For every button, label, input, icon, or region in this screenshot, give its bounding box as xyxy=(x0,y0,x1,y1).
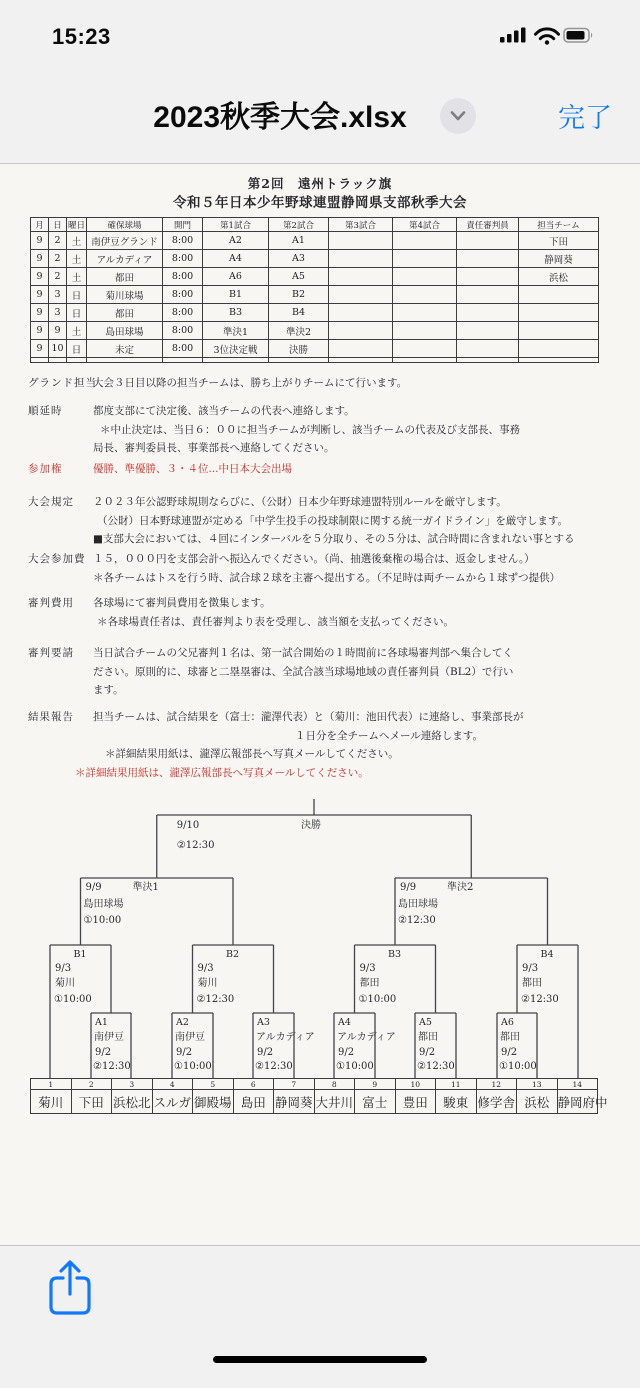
bracket-label: ①10:00 xyxy=(359,994,397,1005)
schedule-cell xyxy=(393,304,457,322)
bracket-label: 9/2 xyxy=(257,1047,273,1058)
bracket-label: ①10:00 xyxy=(54,994,92,1005)
schedule-cell xyxy=(457,286,519,304)
schedule-cell: 日 xyxy=(67,304,87,322)
schedule-cell: 9 xyxy=(31,304,49,322)
schedule-cell xyxy=(457,322,519,340)
schedule-cell xyxy=(329,232,393,250)
schedule-cell xyxy=(393,286,457,304)
note-label: 審判要請 xyxy=(28,645,74,660)
schedule-cell: 9 xyxy=(31,250,49,268)
schedule-cell: 9 xyxy=(31,322,49,340)
schedule-cell: 島田球場 xyxy=(87,322,163,340)
title-expand-button[interactable] xyxy=(440,98,476,134)
schedule-cell xyxy=(393,268,457,286)
team-cell: 豊田 xyxy=(395,1090,436,1114)
status-icons xyxy=(500,26,594,50)
schedule-cell: 9 xyxy=(31,232,49,250)
bracket-label: A1 xyxy=(94,1017,108,1028)
bracket-label: 9/3 xyxy=(522,963,538,974)
schedule-cell xyxy=(329,286,393,304)
bracket-label: A3 xyxy=(256,1017,270,1028)
schedule-cell: A2 xyxy=(203,232,269,250)
schedule-cell: A5 xyxy=(269,268,329,286)
schedule-header-cell: 責任審判員 xyxy=(457,218,519,232)
schedule-cell: 8:00 xyxy=(163,232,203,250)
bracket-label: ①10:00 xyxy=(84,915,122,926)
schedule-cell xyxy=(393,358,457,363)
schedule-row: 99土島田球場8:00準決1準決2 xyxy=(31,322,599,340)
note-label: 審判費用 xyxy=(28,595,74,610)
team-cell: 浜松 xyxy=(517,1090,558,1114)
schedule-row: 92土アルカディア8:00A4A3静岡葵 xyxy=(31,250,599,268)
tournament-title-line1: 第2回 遠州トラック旗 xyxy=(0,174,640,192)
note-label: 順延時 xyxy=(28,403,63,418)
schedule-cell: 9 xyxy=(31,340,49,358)
bracket-label: ②12:30 xyxy=(93,1061,131,1072)
note-line: ます。 xyxy=(93,682,124,697)
seed-cell: 13 xyxy=(517,1079,558,1090)
schedule-cell: 8:00 xyxy=(163,250,203,268)
bracket-label: 準決2 xyxy=(447,880,473,893)
bracket-label: B1 xyxy=(74,949,87,960)
schedule-cell xyxy=(457,304,519,322)
status-time: 15:23 xyxy=(52,24,111,50)
schedule-cell: 8:00 xyxy=(163,286,203,304)
schedule-cell: 土 xyxy=(67,268,87,286)
schedule-cell: 準決1 xyxy=(203,322,269,340)
bracket-label: 9/9 xyxy=(86,882,102,893)
schedule-row: 910日未定8:003位決定戦決勝 xyxy=(31,340,599,358)
schedule-header-cell: 第2試合 xyxy=(269,218,329,232)
home-indicator[interactable] xyxy=(213,1356,427,1363)
bracket-label: 9/2 xyxy=(338,1047,354,1058)
team-cell: 島田 xyxy=(233,1090,274,1114)
schedule-cell xyxy=(519,322,599,340)
bracket-label: A6 xyxy=(500,1017,514,1028)
bracket-label: ②12:30 xyxy=(255,1061,293,1072)
bracket-label: B3 xyxy=(388,949,401,960)
note-line: ＊中止決定は、当日６：００に担当チームが判断し、該当チームの代表及び支部長、事務 xyxy=(100,422,520,437)
bracket-label: ①10:00 xyxy=(499,1061,537,1072)
note-line: 都度支部にて決定後、該当チームの代表へ連絡します。 xyxy=(93,403,355,418)
bracket-label: 9/9 xyxy=(400,882,416,893)
schedule-cell: 8:00 xyxy=(163,304,203,322)
schedule-cell xyxy=(519,286,599,304)
note-line: ださい。原則的に、球審と二塁塁審は、全試合該当球場地域の責任審判員（BL2）で行… xyxy=(93,664,513,679)
schedule-cell: 準決2 xyxy=(269,322,329,340)
schedule-header-cell: 確保球場 xyxy=(87,218,163,232)
schedule-cell: B1 xyxy=(203,286,269,304)
bracket-label: ②12:30 xyxy=(417,1061,455,1072)
schedule-cell xyxy=(457,232,519,250)
schedule-cell xyxy=(329,268,393,286)
schedule-cell: 下田 xyxy=(519,232,599,250)
schedule-cell: 南伊豆グランド xyxy=(87,232,163,250)
team-cell: 静岡府中 xyxy=(557,1090,598,1114)
schedule-cell xyxy=(393,250,457,268)
tournament-title-line2: 令和５年日本少年野球連盟静岡県支部秋季大会 xyxy=(0,191,640,211)
schedule-cell: 浜松 xyxy=(519,268,599,286)
schedule-cell: 3 xyxy=(49,304,67,322)
schedule-empty-row xyxy=(31,358,599,363)
schedule-cell: 9 xyxy=(31,268,49,286)
schedule-cell: 8:00 xyxy=(163,322,203,340)
seed-cell: 3 xyxy=(112,1079,153,1090)
schedule-cell: 10 xyxy=(49,340,67,358)
schedule-cell: 菊川球場 xyxy=(87,286,163,304)
seed-row: 1234567891011121314 xyxy=(31,1079,598,1090)
schedule-cell: 8:00 xyxy=(163,340,203,358)
bracket-label: 都田 xyxy=(418,1030,438,1043)
seed-cell: 2 xyxy=(71,1079,112,1090)
schedule-cell: 9 xyxy=(31,286,49,304)
note-line: ＊各球場責任者は、責任審判より表を受理し、該当額を支払ってください。 xyxy=(97,614,454,629)
bracket-label: A2 xyxy=(175,1017,189,1028)
schedule-cell: 8:00 xyxy=(163,268,203,286)
seed-cell: 11 xyxy=(436,1079,477,1090)
bracket-label: ①10:00 xyxy=(336,1061,374,1072)
schedule-header-cell: 第3試合 xyxy=(329,218,393,232)
schedule-cell xyxy=(457,340,519,358)
bracket-label: アルカディア xyxy=(337,1031,396,1043)
document-title: 2023秋季大会.xlsx xyxy=(0,92,560,136)
bracket-label: 都田 xyxy=(500,1030,520,1043)
schedule-cell xyxy=(49,358,67,363)
status-bar: 15:23 xyxy=(0,0,640,54)
schedule-cell: 日 xyxy=(67,286,87,304)
bracket-label: ②12:30 xyxy=(177,840,215,851)
schedule-cell xyxy=(163,358,203,363)
share-icon xyxy=(46,1258,94,1318)
schedule-header-cell: 開門 xyxy=(163,218,203,232)
cellular-signal-icon xyxy=(500,28,526,43)
schedule-cell: A6 xyxy=(203,268,269,286)
bracket-label: 9/3 xyxy=(55,963,71,974)
bracket-label: 9/2 xyxy=(419,1047,435,1058)
team-cell: 下田 xyxy=(71,1090,112,1114)
note-line: 局長、審判委員長、事業部長へ連絡してください。 xyxy=(93,440,335,455)
seed-cell: 5 xyxy=(193,1079,234,1090)
schedule-header-cell: 日 xyxy=(49,218,67,232)
note-line: 担当チームは、試合結果を（富士：瀧澤代表）と（菊川：池田代表）に連絡し、事業部長… xyxy=(93,709,524,724)
schedule-cell: 2 xyxy=(49,232,67,250)
seed-cell: 10 xyxy=(395,1079,436,1090)
team-table: 1234567891011121314 菊川下田浜松北スルガ御殿場島田静岡葵大井… xyxy=(30,1078,598,1114)
team-cell: 大井川 xyxy=(314,1090,355,1114)
schedule-header-cell: 担当チーム xyxy=(519,218,599,232)
bracket-label: 菊川 xyxy=(55,976,75,989)
schedule-cell xyxy=(393,322,457,340)
bracket-label: 菊川 xyxy=(198,976,218,989)
schedule-cell: A4 xyxy=(203,250,269,268)
team-cell: 富士 xyxy=(355,1090,396,1114)
schedule-cell xyxy=(329,358,393,363)
note-line: 優勝、準優勝、３・４位...中日本大会出場 xyxy=(93,461,292,476)
schedule-row: 92土都田8:00A6A5浜松 xyxy=(31,268,599,286)
bracket-label: 島田球場 xyxy=(398,897,438,910)
note-line: ＊詳細結果用紙は、瀧澤広報部長へ写真メールしてください。 xyxy=(75,765,369,780)
bracket-label: 島田球場 xyxy=(84,897,124,910)
note-line: 当日試合チームの父兄審判１名は、第一試合開始の１時間前に各球場審判部へ集合してく xyxy=(93,645,513,660)
schedule-row: 93日都田8:00B3B4 xyxy=(31,304,599,322)
schedule-cell: 決勝 xyxy=(269,340,329,358)
note-line: １日分を全チームへメール連絡します。 xyxy=(295,728,483,743)
note-label: 参加権 xyxy=(28,461,63,476)
note-line: （公財）日本野球連盟が定める「中学生投手の投球制限に関する統一ガイドライン」を厳… xyxy=(97,513,568,528)
bracket-label: 南伊豆 xyxy=(175,1030,205,1043)
bracket-label: ②12:30 xyxy=(398,915,436,926)
schedule-cell: B3 xyxy=(203,304,269,322)
bracket-label: ②12:30 xyxy=(521,994,559,1005)
done-button[interactable]: 完了 xyxy=(558,96,612,135)
schedule-cell xyxy=(31,358,49,363)
schedule-cell: 土 xyxy=(67,250,87,268)
bracket-label: B4 xyxy=(541,949,554,960)
tournament-bracket: 9/10決勝②12:309/9準決1島田球場①10:009/9準決2島田球場②1… xyxy=(0,795,640,1095)
schedule-cell: B2 xyxy=(269,286,329,304)
note-label: 結果報告 xyxy=(28,709,74,724)
team-row: 菊川下田浜松北スルガ御殿場島田静岡葵大井川富士豊田駿東修学舎浜松静岡府中 xyxy=(31,1090,598,1114)
bracket-label: 準決1 xyxy=(133,880,159,893)
seed-cell: 4 xyxy=(152,1079,193,1090)
schedule-cell: アルカディア xyxy=(87,250,163,268)
schedule-cell: 3 xyxy=(49,286,67,304)
schedule-header-cell: 曜日 xyxy=(67,218,87,232)
seed-cell: 7 xyxy=(274,1079,315,1090)
schedule-cell xyxy=(519,358,599,363)
bracket-label: 都田 xyxy=(522,976,542,989)
schedule-cell: 日 xyxy=(67,340,87,358)
bracket-label: A5 xyxy=(418,1017,432,1028)
bracket-label: 都田 xyxy=(360,976,380,989)
bracket-label: 9/10 xyxy=(177,820,199,831)
schedule-cell: B4 xyxy=(269,304,329,322)
note-line: ＊各チームはトスを行う時、試合球２球を主審へ提出する。（不足時は両チームから１球… xyxy=(93,570,560,585)
share-button[interactable] xyxy=(44,1258,96,1320)
note-line: 各球場にて審判員費用を徴集します。 xyxy=(93,595,271,610)
schedule-cell xyxy=(457,358,519,363)
note-label: グランド担当 xyxy=(28,375,97,390)
schedule-cell xyxy=(329,322,393,340)
seed-cell: 14 xyxy=(557,1079,598,1090)
schedule-cell: 静岡葵 xyxy=(519,250,599,268)
schedule-cell xyxy=(519,304,599,322)
schedule-cell xyxy=(329,250,393,268)
schedule-cell xyxy=(87,358,163,363)
schedule-cell: 2 xyxy=(49,268,67,286)
schedule-cell xyxy=(519,340,599,358)
schedule-cell: 未定 xyxy=(87,340,163,358)
team-cell: 静岡葵 xyxy=(274,1090,315,1114)
schedule-cell xyxy=(269,358,329,363)
note-line: 大会３日目以降の担当チームは、勝ち上がりチームにて行います。 xyxy=(93,375,407,390)
team-cell: 修学舎 xyxy=(476,1090,517,1114)
schedule-cell: 都田 xyxy=(87,304,163,322)
bracket-label: ①10:00 xyxy=(174,1061,212,1072)
seed-cell: 1 xyxy=(31,1079,72,1090)
schedule-row: 92土南伊豆グランド8:00A2A1下田 xyxy=(31,232,599,250)
schedule-cell: A3 xyxy=(269,250,329,268)
schedule-table: 月日曜日確保球場開門第1試合第2試合第3試合第4試合責任審判員担当チーム 92土… xyxy=(30,217,599,363)
schedule-cell xyxy=(457,268,519,286)
note-label: 大会参加費 xyxy=(28,551,86,566)
note-line: １５，０００円を支部会計へ振込んでください。（尚、抽選後棄権の場合は、返金しませ… xyxy=(93,551,535,566)
bracket-label: 9/2 xyxy=(95,1047,111,1058)
schedule-header-cell: 第4試合 xyxy=(393,218,457,232)
note-label: 大会規定 xyxy=(28,494,74,509)
team-cell: 駿東 xyxy=(436,1090,477,1114)
note-line: ２０２３年公認野球規則ならびに、（公財）日本少年野球連盟特別ルールを厳守します。 xyxy=(93,494,507,509)
bracket-label: B2 xyxy=(226,949,239,960)
team-cell: 菊川 xyxy=(31,1090,72,1114)
note-line: ＊詳細結果用紙は、瀧澤広報部長へ写真メールしてください。 xyxy=(105,746,399,761)
seed-cell: 8 xyxy=(314,1079,355,1090)
schedule-cell: 都田 xyxy=(87,268,163,286)
bracket-label: 決勝 xyxy=(301,818,321,831)
schedule-cell: 土 xyxy=(67,322,87,340)
schedule-cell: 土 xyxy=(67,232,87,250)
schedule-cell: A1 xyxy=(269,232,329,250)
bracket-label: 9/3 xyxy=(360,963,376,974)
chevron-down-icon xyxy=(450,111,466,121)
team-cell: スルガ xyxy=(152,1090,193,1114)
bracket-label: ②12:30 xyxy=(197,994,235,1005)
schedule-cell: 9 xyxy=(49,322,67,340)
bracket-label: 9/2 xyxy=(176,1047,192,1058)
team-cell: 御殿場 xyxy=(193,1090,234,1114)
schedule-cell xyxy=(457,250,519,268)
schedule-cell xyxy=(393,340,457,358)
bracket-label: 9/3 xyxy=(198,963,214,974)
bracket-label: アルカディア xyxy=(256,1031,315,1043)
seed-cell: 12 xyxy=(476,1079,517,1090)
schedule-header-cell: 月 xyxy=(31,218,49,232)
bracket-label: A4 xyxy=(337,1017,351,1028)
bracket-label: 9/2 xyxy=(501,1047,517,1058)
team-cell: 浜松北 xyxy=(112,1090,153,1114)
schedule-cell xyxy=(67,358,87,363)
schedule-cell xyxy=(329,340,393,358)
schedule-cell xyxy=(203,358,269,363)
schedule-row: 93日菊川球場8:00B1B2 xyxy=(31,286,599,304)
seed-cell: 9 xyxy=(355,1079,396,1090)
bracket-label: 南伊豆 xyxy=(94,1030,124,1043)
schedule-cell xyxy=(393,232,457,250)
schedule-cell: 3位決定戦 xyxy=(203,340,269,358)
bottom-toolbar xyxy=(0,1245,640,1388)
schedule-header-row: 月日曜日確保球場開門第1試合第2試合第3試合第4試合責任審判員担当チーム xyxy=(31,218,599,232)
schedule-cell: 2 xyxy=(49,250,67,268)
seed-cell: 6 xyxy=(233,1079,274,1090)
wifi-icon xyxy=(536,29,559,45)
document-preview: 第2回 遠州トラック旗 令和５年日本少年野球連盟静岡県支部秋季大会 月日曜日確保… xyxy=(0,164,640,1245)
nav-bar: 2023秋季大会.xlsx 完了 xyxy=(0,54,640,164)
schedule-cell xyxy=(329,304,393,322)
note-line: ■支部大会においては、４回にインターバルを５分取り、その５分は、試合時間に含まれ… xyxy=(93,531,574,546)
schedule-header-cell: 第1試合 xyxy=(203,218,269,232)
battery-icon xyxy=(564,29,592,43)
